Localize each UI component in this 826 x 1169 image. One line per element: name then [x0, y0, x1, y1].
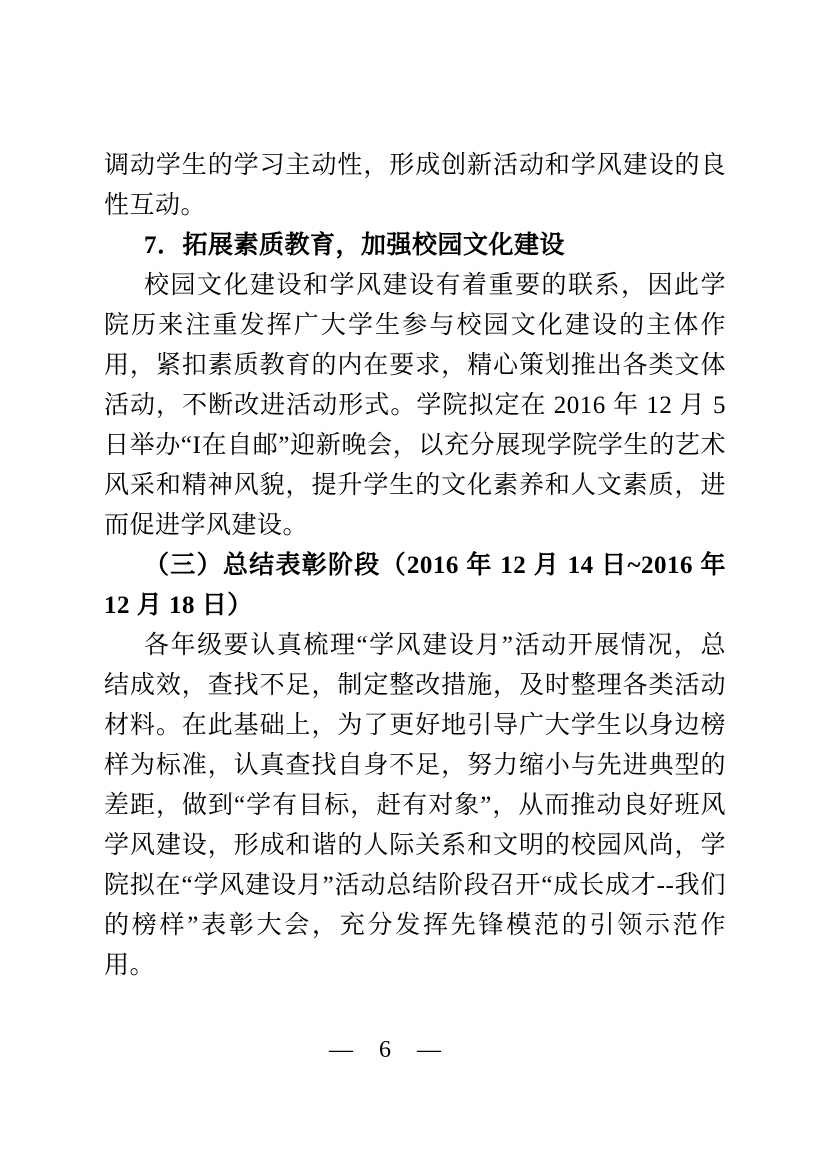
page-footer: — 6 —: [0, 1036, 770, 1064]
paragraph-summary-stage: 各年级要认真梳理“学风建设月”活动开展情况，总结成效，查找不足，制定整改措施，及…: [104, 626, 726, 986]
document-page: 调动学生的学习主动性，形成创新活动和学风建设的良性互动。 7．拓展素质教育，加强…: [0, 0, 826, 1169]
heading-section-7: 7．拓展素质教育，加强校园文化建设: [104, 226, 726, 266]
paragraph-campus-culture: 校园文化建设和学风建设有着重要的联系，因此学院历来注重发挥广大学生参与校园文化建…: [104, 266, 726, 546]
footer-dash-right: —: [417, 1036, 441, 1064]
paragraph-continuation: 调动学生的学习主动性，形成创新活动和学风建设的良性互动。: [104, 146, 726, 226]
heading-summary-commendation-stage: （三）总结表彰阶段（2016 年 12 月 14 日~2016 年 12 月 1…: [104, 546, 726, 626]
document-body: 调动学生的学习主动性，形成创新活动和学风建设的良性互动。 7．拓展素质教育，加强…: [104, 146, 726, 986]
footer-dash-left: —: [329, 1036, 353, 1064]
page-number: 6: [379, 1036, 391, 1064]
